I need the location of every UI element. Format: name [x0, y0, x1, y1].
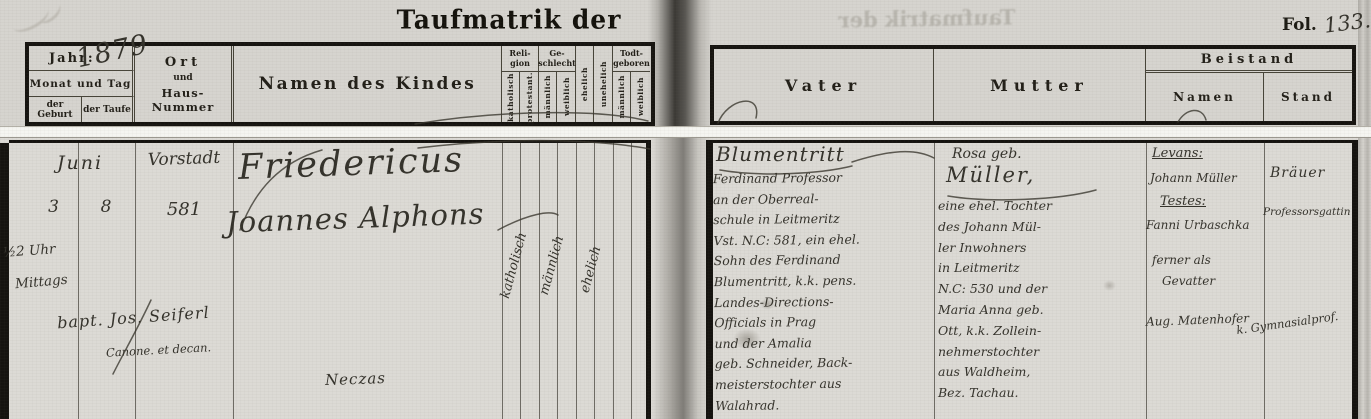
table-rule — [576, 143, 577, 419]
folio-number: 133. — [1323, 8, 1371, 38]
todtgeboren-group-header: Todt- geboren — [613, 46, 650, 72]
left-page-right-border — [646, 140, 651, 419]
baptism-register-scan: Taufmatrik der Taufmatrik der Fol. 133. … — [0, 0, 1371, 419]
entry-place: Vorstadt — [135, 147, 234, 170]
ehelich-label: ehelich — [580, 67, 589, 101]
mutter-header-cell: Mutter — [934, 49, 1146, 121]
weiblich-label: weiblich — [562, 77, 571, 116]
folio: Fol. 133. — [1282, 11, 1371, 35]
table-rule — [520, 143, 521, 419]
entry-line: Vst. N.C: 581, ein ehel. — [713, 229, 933, 252]
left-page-top-rule — [9, 140, 650, 143]
weiblich-column-header: weiblich — [557, 72, 576, 122]
entry-stand-2: Professorsgattin — [1263, 206, 1351, 218]
entry-line: N.C: 530 und der — [938, 279, 1144, 300]
geschlecht-group-header: Ge- schlecht — [539, 46, 576, 72]
entry-line: Walahrad. — [715, 393, 935, 416]
entry-mother-details: eine ehel. Tochterdes Johann Mül-ler Inw… — [938, 196, 1144, 404]
unehelich-column-header: unehelich — [594, 46, 613, 122]
beistand-stand-header-cell: Stand — [1264, 73, 1352, 121]
unehelich-label: unehelich — [599, 61, 608, 107]
der-geburt-header-cell: der Geburt — [29, 97, 82, 122]
entry-witness-note-line2: Gevatter — [1162, 274, 1215, 288]
table-rule — [557, 143, 558, 419]
entry-father-surname: Blumentritt — [716, 142, 845, 166]
entry-line: in Leitmeritz — [938, 258, 1144, 279]
entry-line: Ott, k.k. Zollein- — [938, 321, 1144, 342]
page-title: Taufmatrik der — [378, 4, 640, 35]
protestant-column-header: protestant. — [520, 72, 539, 122]
entry-line: Blumentritt, k.k. pens. — [714, 270, 934, 293]
todtgeboren-maennlich-column-header: männlich — [613, 72, 631, 122]
table-rule — [1264, 143, 1265, 419]
entry-month: Juni — [28, 152, 132, 174]
entry-line: Sohn des Ferdinand — [714, 249, 934, 272]
haus-nummer-label: Haus-Nummer — [135, 86, 231, 114]
katholisch-label: katholisch — [506, 73, 515, 122]
table-rule — [631, 143, 632, 419]
entry-godparent-name: Johann Müller — [1150, 171, 1237, 185]
entry-line: meisterstochter aus — [715, 373, 935, 396]
entry-line: aus Waldheim, — [938, 362, 1144, 383]
entry-witness-note-line1: ferner als — [1152, 253, 1211, 267]
namen-des-kindes-header-cell: Namen des Kindes — [234, 46, 502, 122]
entry-godparent-label: Levans: — [1152, 146, 1203, 161]
ort-label: Ort — [165, 55, 201, 70]
vater-header-cell: Vater — [714, 49, 934, 121]
page-edge — [1358, 0, 1371, 419]
entry-witness-name: Fanni Urbaschka — [1146, 218, 1250, 232]
folio-label: Fol. — [1282, 15, 1317, 35]
entry-mother-forename: Rosa geb. — [952, 146, 1022, 162]
entry-child-name-line1: Friedericus — [237, 140, 464, 188]
right-page-right-border — [1352, 140, 1358, 419]
entry-birth-day: 3 — [29, 197, 78, 217]
entry-line: Landes-Directions- — [714, 290, 934, 313]
entry-line: nehmerstochter — [938, 342, 1144, 363]
table-rule — [1146, 143, 1147, 419]
entry-line: schule in Leitmeritz — [713, 208, 933, 231]
maennlich-column-header: männlich — [539, 72, 557, 122]
entry-line: Officials in Prag — [714, 311, 934, 334]
todt-weiblich-label: weiblich — [636, 77, 645, 116]
entry-line: Ferdinand Professor — [713, 167, 933, 190]
entry-line: Bez. Tachau. — [938, 383, 1144, 404]
left-page-border — [0, 143, 9, 419]
ehelich-column-header: ehelich — [576, 46, 594, 122]
bleedthrough-title: Taufmatrik der — [812, 4, 1042, 33]
scan-seam — [0, 126, 1371, 138]
religion-group-header: Reli- gion — [502, 46, 539, 72]
entry-line: Maria Anna geb. — [938, 300, 1144, 321]
monat-und-tag-header-cell: Monat und Tag — [29, 71, 135, 97]
katholisch-column-header: katholisch — [502, 72, 520, 122]
entry-witnesses-label: Testes: — [1160, 194, 1206, 209]
entry-name-note: Neczas — [325, 369, 387, 389]
todtgeboren-weiblich-column-header: weiblich — [631, 72, 650, 122]
right-header-table: Vater Mutter Beistand Namen Stand — [710, 45, 1356, 125]
table-rule — [613, 143, 614, 419]
entry-line: an der Oberreal- — [713, 187, 933, 210]
beistand-group-header: Beistand — [1146, 49, 1352, 73]
book-gutter-shadow — [652, 138, 712, 419]
beistand-namen-header-cell: Namen — [1146, 73, 1264, 121]
table-rule — [135, 143, 136, 419]
entry-line: und der Amalia — [714, 332, 934, 355]
maennlich-label: männlich — [543, 75, 552, 118]
entry-stand-1: Bräuer — [1270, 165, 1325, 181]
table-rule — [233, 143, 234, 419]
protestant-label: protestant. — [525, 72, 534, 124]
entry-mother-surname: Müller, — [946, 163, 1035, 187]
table-rule — [78, 143, 79, 419]
book-gutter-shadow-top — [648, 0, 712, 126]
entry-house-number: 581 — [135, 199, 233, 220]
der-taufe-header-cell: der Taufe — [82, 97, 135, 122]
entry-line: des Johann Mül- — [938, 217, 1144, 238]
bleedthrough-corner-mark — [8, 2, 78, 38]
entry-line: eine ehel. Tochter — [938, 196, 1144, 217]
entry-line: ler Inwohners — [938, 238, 1144, 259]
entry-baptism-day: 8 — [78, 197, 134, 217]
entry-line: geb. Schneider, Back- — [715, 352, 935, 375]
und-label: und — [173, 73, 192, 83]
todt-maennlich-label: männlich — [617, 75, 626, 118]
entry-father-details: Ferdinand Professoran der Oberreal-schul… — [713, 167, 936, 416]
